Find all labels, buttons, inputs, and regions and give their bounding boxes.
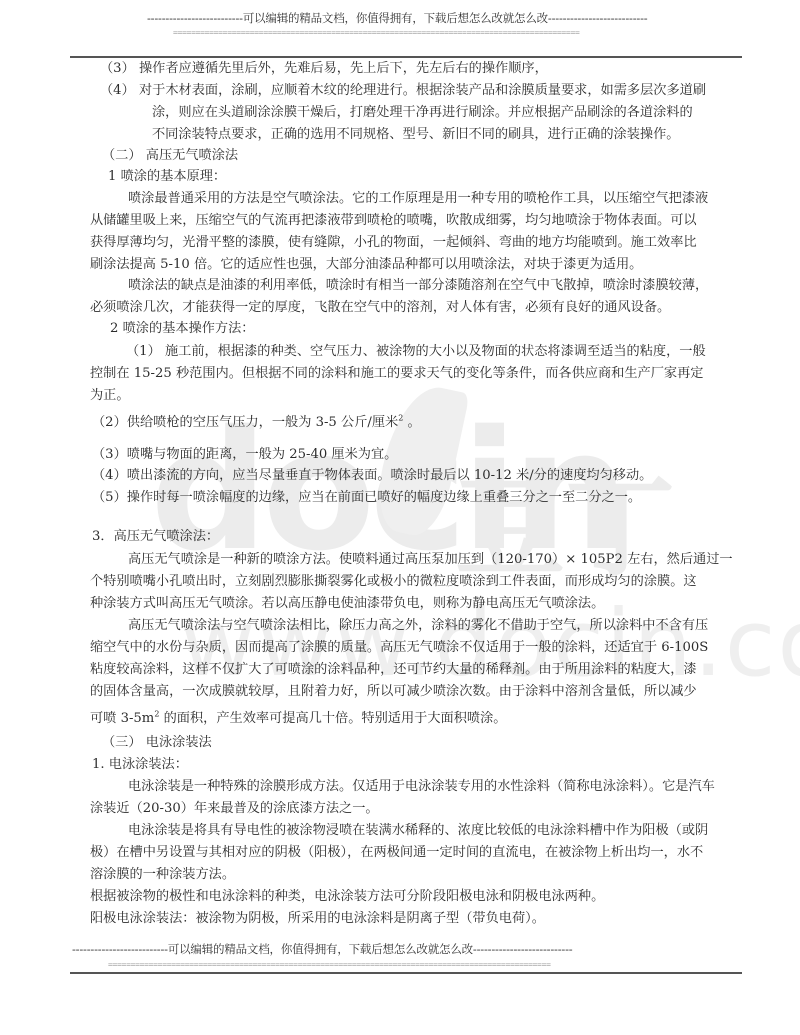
header-rule xyxy=(70,56,742,58)
paragraph-line: 为正。 xyxy=(90,387,130,405)
paragraph-line: 的固体含量高，一次成膜就较厚，且附着力好，所以可减少喷涂次数。由于涂料中溶剂含量… xyxy=(90,683,697,701)
paragraph-line: 从储罐里吸上来，压缩空气的气流再把漆液带到喷枪的喷嘴，吹散成细雾，均匀地喷涂于物… xyxy=(90,212,697,230)
footer-banner: --------------------------可以编辑的精品文档，你值得拥… xyxy=(72,941,572,957)
paragraph-line: 控制在 15-25 秒范围内。但根据不同的涂料和施工的要求天气的变化等条件，而各… xyxy=(90,365,703,383)
paragraph-line: 喷涂最普通采用的方法是空气喷涂法。它的工作原理是用一种专用的喷枪作工具，以压缩空… xyxy=(128,190,708,208)
header-equals-divider: ========================================… xyxy=(173,28,598,37)
subheading-electro: 1. 电泳涂装法： xyxy=(92,756,188,774)
paragraph-line: 必须喷涂几次，才能获得一定的厚度，飞散在空气中的溶剂，对人体有害，必须有良好的通… xyxy=(90,299,670,317)
paragraph-line: 极）在槽中另设置与其相对应的阴极（阳极），在两极间通一定时间的直流电，在被涂物上… xyxy=(90,844,703,862)
paragraph-line: 涂装近（20-30）年来最普及的涂底漆方法之一。 xyxy=(90,800,379,818)
document-page: docin 豆丁 www.docin.com -----------------… xyxy=(0,0,800,1035)
list-item-3: （3） 操作者应遵循先里后外，先难后易，先上后下，先左后右的操作顺序， xyxy=(100,60,548,78)
paragraph-line: 高压无气喷涂是一种新的喷涂方法。使喷料通过高压泵加压到（120-170）× 10… xyxy=(128,551,733,569)
text-line: 不同涂装特点要求，正确的选用不同规格、型号、新旧不同的刷具，进行正确的涂装操作。 xyxy=(152,126,680,144)
step-2: （2）供给喷枪的空压气压力，一般为 3-5 公斤/厘米2 。 xyxy=(92,414,421,432)
list-item-4: （4） 对于木材表面，涂刷，应顺着木纹的纶理进行。根据涂装产品和涂膜质量要求，如… xyxy=(100,82,706,100)
subheading-3: 3．高压无气喷涂法： xyxy=(92,528,219,546)
subheading-1: 1 喷涂的基本原理： xyxy=(108,168,226,186)
footer-equals-divider: ========================================… xyxy=(108,960,566,969)
paragraph-text: 可喷 3-5m xyxy=(90,711,154,726)
footer-rule xyxy=(70,972,742,974)
step-4: （4）喷出漆流的方向，应当尽量垂直于物体表面。喷涂时最后以 10-12 米/分的… xyxy=(92,467,652,485)
step-5: （5）操作时每一喷涂幅度的边缘，应当在前面已喷好的幅度边缘上重叠三分之一至二分之… xyxy=(92,489,641,507)
header-banner: --------------------------可以编辑的精品文档，你值得拥… xyxy=(147,10,647,26)
text-line: 涂，则应在头道刷涂涂膜干燥后，打磨处理干净再进行刷涂。并应根据产品刷涂的各道涂料… xyxy=(152,104,693,122)
paragraph-line: 缩空气中的水份与杂质，因而提高了涂膜的质量。高压无气喷涂不仅适用于一般的涂料，还… xyxy=(90,639,708,657)
step-2-text: （2）供给喷枪的空压气压力，一般为 3-5 公斤/厘米 xyxy=(92,415,398,430)
paragraph-line: 获得厚薄均匀，光滑平整的漆膜，使有缝隙，小孔的物面，一起倾斜、弯曲的地方均能喷到… xyxy=(90,234,697,252)
step-2-tail: 。 xyxy=(403,415,420,430)
step-3: （3）喷嘴与物面的距离，一般为 25-40 厘米为宜。 xyxy=(92,446,397,464)
subheading-2: 2 喷涂的基本操作方法： xyxy=(110,320,254,338)
paragraph-line: 可喷 3-5m2 的面积，产生效率可提高几十倍。特别适用于大面积喷涂。 xyxy=(90,710,506,728)
paragraph-line: 个特别喷嘴小孔喷出时，立刻剧烈膨胀撕裂雾化或极小的微粒度喷涂到工件表面，而形成均… xyxy=(90,573,697,591)
paragraph-line: 根据被涂物的极性和电泳涂料的种类，电泳涂装方法可分阶段阳极电泳和阴极电泳两种。 xyxy=(90,888,604,906)
paragraph-line: 阳极电泳涂装法：被涂物为阴极，所采用的电泳涂料是阴离子型（带负电荷）。 xyxy=(90,910,545,928)
paragraph-line: 粘度较高涂料，这样不仅扩大了可喷涂的涂料品种，还可节约大量的稀释剂。由于所用涂料… xyxy=(90,661,697,679)
paragraph-line: 喷涂法的缺点是油漆的利用率低，喷涂时有相当一部分漆随溶剂在空气中飞散掉，喷涂时漆… xyxy=(128,277,708,295)
section-heading-2: （二） 高压无气喷涂法 xyxy=(102,147,238,165)
paragraph-line: 刷涂法提高 5-10 倍。它的适应性也强，大部分油漆品种都可以用喷涂法，对块于漆… xyxy=(90,256,642,274)
step-1: （1） 施工前，根据漆的种类、空气压力、被涂物的大小以及物面的状态将漆调至适当的… xyxy=(126,343,706,361)
paragraph-line: 电泳涂装是将具有导电性的被涂物浸喷在装满水稀释的、浓度比较低的电泳涂料槽中作为阳… xyxy=(128,822,708,840)
paragraph-line: 种涂装方式叫高压无气喷涂。若以高压静电使油漆带负电，则称为静电高压无气喷涂法。 xyxy=(90,595,604,613)
section-heading-3: （三） 电泳涂装法 xyxy=(102,734,212,752)
paragraph-tail: 的面积，产生效率可提高几十倍。特别适用于大面积喷涂。 xyxy=(159,711,506,726)
paragraph-line: 电泳涂装是一种特殊的涂膜形成方法。仅适用于电泳涂装专用的水性涂料（简称电泳涂料）… xyxy=(128,778,715,796)
paragraph-line: 溶涂膜的一种涂装方法。 xyxy=(90,866,235,884)
paragraph-line: 高压无气喷涂法与空气喷涂法相比，除压力高之外，涂料的雾化不借助于空气，所以涂料中… xyxy=(128,617,708,635)
